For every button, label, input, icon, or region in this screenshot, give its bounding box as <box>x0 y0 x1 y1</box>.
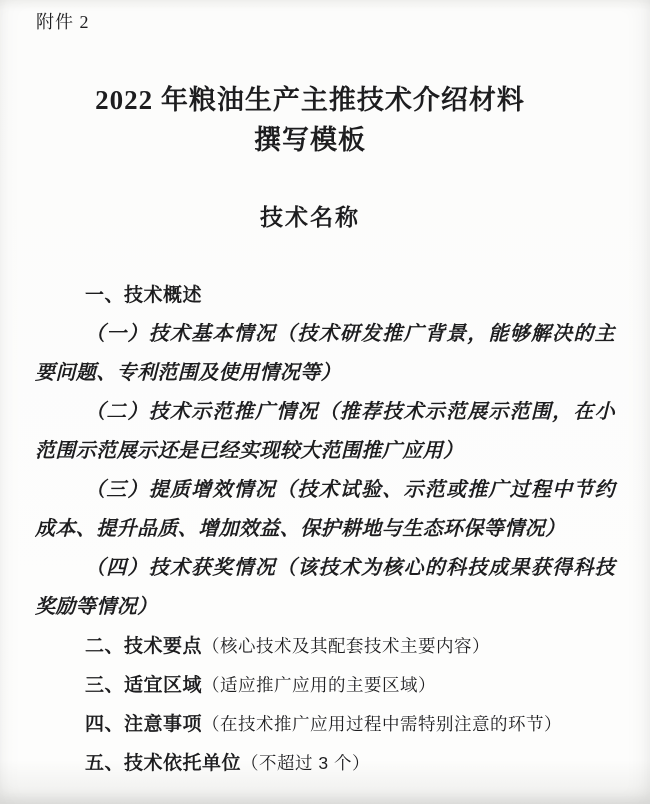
title-line-2: 撰写模板 <box>20 120 600 160</box>
subsection-4-awards: （四）技术获奖情况（该技术为核心的科技成果获得科技奖励等情况） <box>35 549 615 627</box>
section-1-overview: 一、技术概述 <box>35 276 615 315</box>
document-title: 2022 年粮油生产主推技术介绍材料 撰写模板 <box>20 80 600 160</box>
section-label: 五、技术依托单位 <box>85 753 241 774</box>
subsection-label: （三）提质增效情况 <box>85 479 276 501</box>
attachment-label: 附件 2 <box>0 0 650 35</box>
subsection-label: （一）技术基本情况 <box>85 323 276 345</box>
subsection-label: （二）技术示范推广情况 <box>85 401 319 423</box>
section-note: （适应推广应用的主要区域） <box>202 675 436 695</box>
section-label: 二、技术要点 <box>85 636 202 657</box>
section-4-precautions: 四、注意事项（在技术推广应用过程中需特别注意的环节） <box>35 705 615 744</box>
subsection-label: （四）技术获奖情况 <box>85 557 276 579</box>
section-3-suitable-regions: 三、适宜区域（适应推广应用的主要区域） <box>35 666 615 705</box>
subsection-2-demo-promotion: （二）技术示范推广情况（推荐技术示范展示范围，在小范围示范展示还是已经实现较大范… <box>35 393 615 471</box>
section-note: （不超过 3 个） <box>241 753 370 773</box>
section-label: 三、适宜区域 <box>85 675 202 696</box>
title-line-1: 2022 年粮油生产主推技术介绍材料 <box>20 80 600 120</box>
section-label: 四、注意事项 <box>85 714 202 735</box>
section-label: 一、技术概述 <box>85 285 202 306</box>
document-page: 附件 2 2022 年粮油生产主推技术介绍材料 撰写模板 技术名称 一、技术概述… <box>0 0 650 804</box>
section-note: （核心技术及其配套技术主要内容） <box>202 636 490 656</box>
section-5-supporting-units: 五、技术依托单位（不超过 3 个） <box>35 744 615 783</box>
outline-list: 一、技术概述 （一）技术基本情况（技术研发推广背景，能够解决的主要问题、专利范围… <box>0 276 650 783</box>
content-block: 2022 年粮油生产主推技术介绍材料 撰写模板 技术名称 <box>0 80 650 232</box>
technology-name-heading: 技术名称 <box>20 204 600 232</box>
section-note: （在技术推广应用过程中需特别注意的环节） <box>202 714 562 734</box>
section-2-key-points: 二、技术要点（核心技术及其配套技术主要内容） <box>35 627 615 666</box>
subsection-1-basic-info: （一）技术基本情况（技术研发推广背景，能够解决的主要问题、专利范围及使用情况等） <box>35 315 615 393</box>
subsection-3-quality-efficiency: （三）提质增效情况（技术试验、示范或推广过程中节约成本、提升品质、增加效益、保护… <box>35 471 615 549</box>
